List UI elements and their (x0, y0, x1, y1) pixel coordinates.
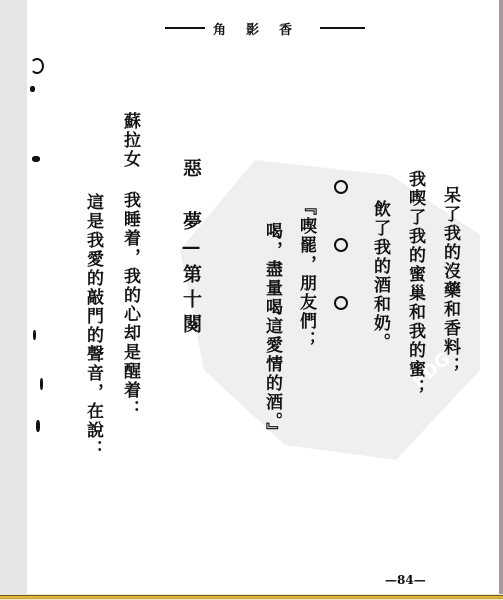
page-number: —84— (385, 573, 426, 587)
viewer-right-edge (499, 0, 503, 594)
section-separator (334, 180, 352, 354)
scan-artifact (36, 420, 40, 432)
speaker-and-line: 蘇拉女 我睡着，我的心却是醒着： (120, 112, 140, 419)
separator-circle (334, 296, 348, 310)
running-header-text: 角影香 (213, 19, 312, 38)
viewer-bottom-border (0, 594, 503, 600)
viewer-left-gutter (0, 0, 27, 594)
scan-artifact (30, 86, 35, 92)
scan-artifact (33, 330, 36, 340)
verse-line: 呆了我的沒藥和香料； (440, 186, 460, 376)
header-rule-right (320, 27, 365, 29)
scan-artifact (32, 156, 40, 162)
verse-line: 我喫了我的蜜巢和我的蜜； (405, 170, 425, 398)
scan-artifact (40, 378, 43, 390)
verse-line: 這是我愛的敲門的聲音，在說： (83, 193, 103, 459)
section-title: 惡 夢—第十闋 (181, 158, 201, 339)
separator-circle (334, 238, 348, 252)
verse-line: 飲了我的酒和奶。 (370, 200, 390, 352)
running-header: 角影香 (165, 18, 375, 38)
scan-artifact (30, 58, 44, 74)
verse-line: 喝，盡量喝這愛情的酒。』 (262, 222, 282, 442)
separator-circle (334, 180, 348, 194)
header-rule-left (165, 27, 205, 29)
verse-line: 『喫罷，朋友們； (296, 198, 316, 350)
